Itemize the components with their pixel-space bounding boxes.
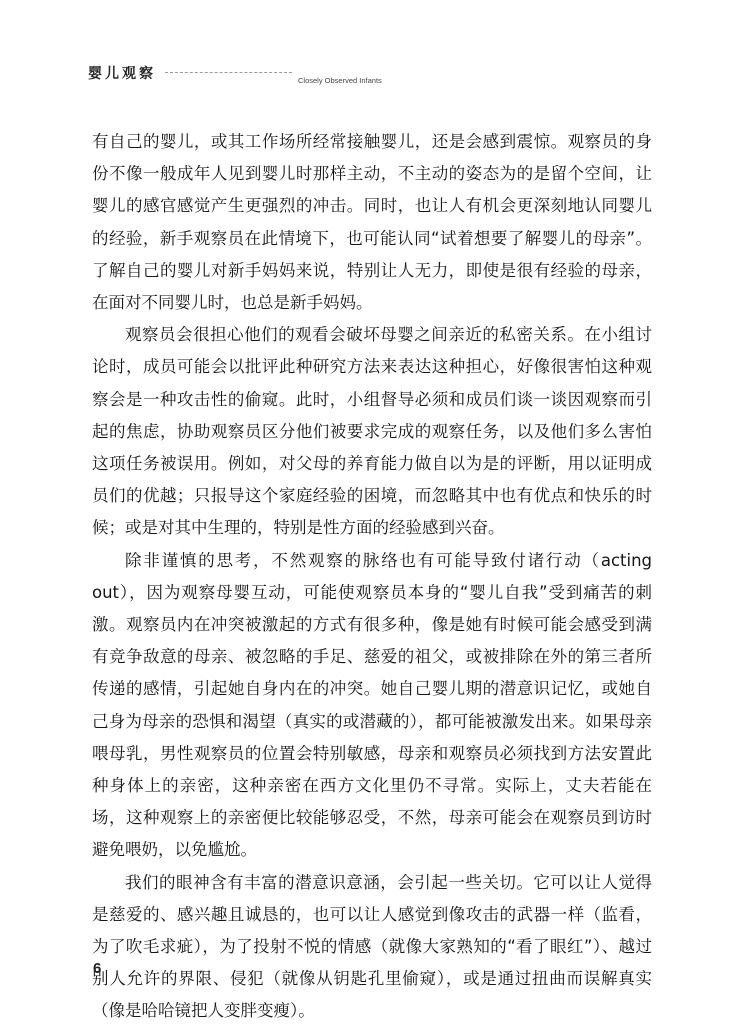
header-dashed-rule	[165, 72, 292, 73]
book-title: 婴儿观察	[88, 64, 156, 84]
paragraph-1: 有自己的婴儿，或其工作场所经常接触婴儿，还是会感到震惊。观察员的身份不像一般成年…	[92, 126, 652, 319]
page-number: 6	[93, 960, 101, 977]
body-text: 有自己的婴儿，或其工作场所经常接触婴儿，还是会感到震惊。观察员的身份不像一般成年…	[92, 126, 652, 1028]
paragraph-3: 除非谨慎的思考，不然观察的脉络也有可能导致付诸行动（acting out），因为…	[92, 545, 652, 867]
paragraph-4: 我们的眼神含有丰富的潜意识意涵，会引起一些关切。它可以让人觉得是慈爱的、感兴趣且…	[92, 867, 652, 1028]
running-head: 婴儿观察 Closely Observed Infants	[88, 64, 648, 94]
book-subtitle-english: Closely Observed Infants	[298, 76, 382, 86]
paragraph-2: 观察员会很担心他们的观看会破坏母婴之间亲近的私密关系。在小组讨论时，成员可能会以…	[92, 319, 652, 544]
